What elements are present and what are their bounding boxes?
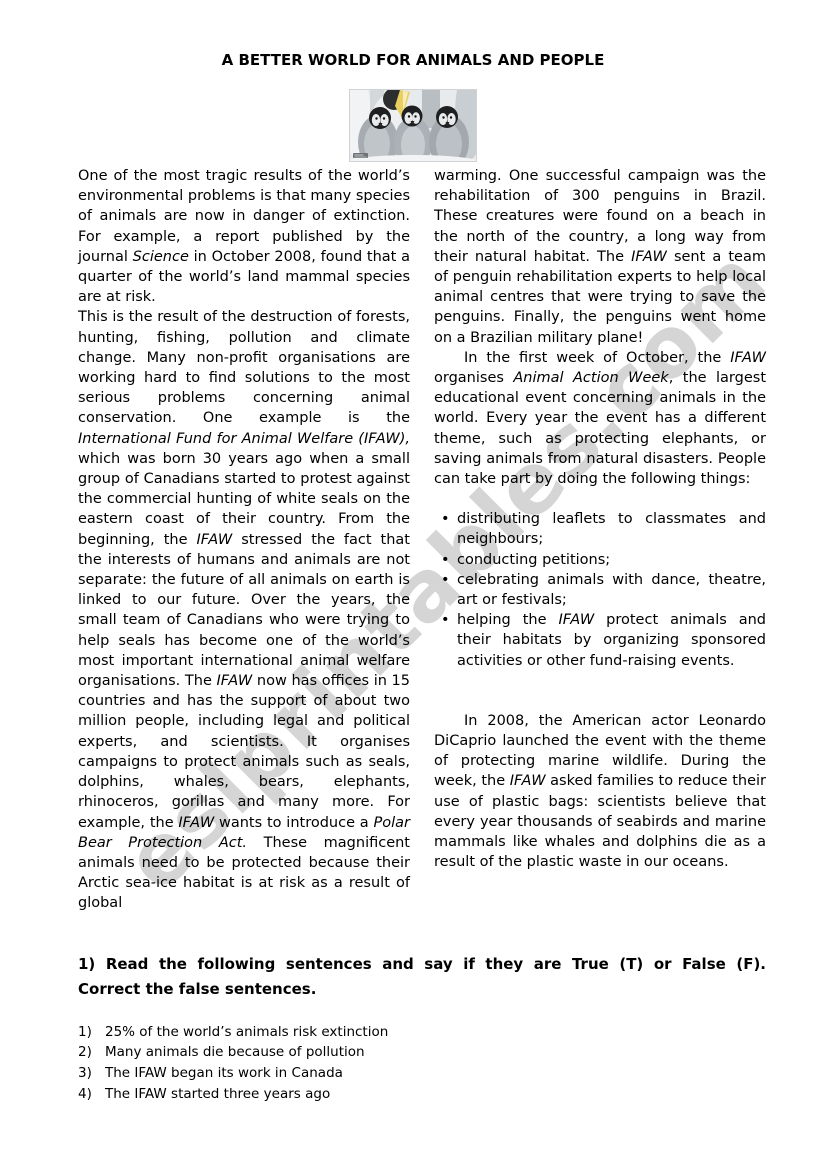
bullet-icon: • [434, 550, 457, 570]
page-title: A BETTER WORLD FOR ANIMALS AND PEOPLE [0, 0, 826, 69]
exercise-heading: 1) Read the following sentences and say … [78, 952, 766, 1002]
reading-text: One of the most tragic results of the wo… [0, 166, 826, 914]
sentence-number: 1) [78, 1022, 105, 1043]
bullet-item: • celebrating animals with dance, theatr… [434, 570, 766, 610]
bullet-item: • distributing leaflets to classmates an… [434, 509, 766, 549]
worksheet-page: A BETTER WORLD FOR ANIMALS AND PEOPLE [0, 0, 826, 1105]
bullet-item-text: conducting petitions; [457, 550, 766, 570]
exercise-heading-line1: 1) Read the following sentences and say … [78, 952, 766, 977]
bullet-item-text: distributing leaflets to classmates and … [457, 509, 766, 549]
paragraph-penguin-campaign: warming. One successful campaign was the… [434, 166, 766, 348]
paragraph-dicaprio-2008: In 2008, the American actor Leonardo DiC… [434, 711, 766, 873]
photo-container [0, 89, 826, 162]
sentence-number: 3) [78, 1063, 105, 1084]
sentence-text: Many animals die because of pollution [105, 1042, 766, 1063]
sentence-number: 4) [78, 1084, 105, 1105]
penguins-photo [349, 89, 477, 162]
sentence-text: The IFAW started three years ago [105, 1084, 766, 1105]
activities-bullet-list: • distributing leaflets to classmates an… [434, 509, 766, 671]
paragraph-intro: One of the most tragic results of the wo… [78, 166, 410, 307]
bullet-icon: • [434, 570, 457, 610]
bullet-item: • conducting petitions; [434, 550, 766, 570]
bullet-item: • helping the IFAW protect animals and t… [434, 610, 766, 671]
exercise-section: 1) Read the following sentences and say … [0, 952, 826, 1105]
bullet-item-text: celebrating animals with dance, theatre,… [457, 570, 766, 610]
exercise-sentence: 2) Many animals die because of pollution [78, 1042, 766, 1063]
reading-right-column: warming. One successful campaign was the… [434, 166, 766, 914]
exercise-sentence-list: 1) 25% of the world’s animals risk extin… [78, 1022, 766, 1105]
paragraph-animal-action-week: In the first week of October, the IFAW o… [434, 348, 766, 489]
reading-left-column: One of the most tragic results of the wo… [78, 166, 410, 914]
bullet-icon: • [434, 610, 457, 671]
exercise-sentence: 1) 25% of the world’s animals risk extin… [78, 1022, 766, 1043]
sentence-text: 25% of the world’s animals risk extincti… [105, 1022, 766, 1043]
sentence-number: 2) [78, 1042, 105, 1063]
paragraph-ifaw-history: This is the result of the destruction of… [78, 307, 410, 913]
bullet-item-text: helping the IFAW protect animals and the… [457, 610, 766, 671]
sentence-text: The IFAW began its work in Canada [105, 1063, 766, 1084]
bullet-icon: • [434, 509, 457, 549]
exercise-sentence: 3) The IFAW began its work in Canada [78, 1063, 766, 1084]
exercise-heading-line2: Correct the false sentences. [78, 977, 766, 1002]
exercise-sentence: 4) The IFAW started three years ago [78, 1084, 766, 1105]
